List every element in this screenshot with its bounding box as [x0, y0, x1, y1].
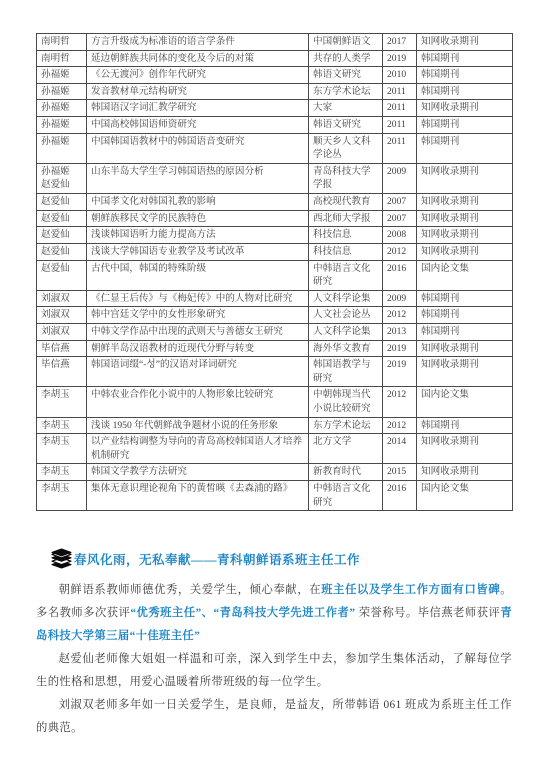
- table-row: 毕信燕韩国语词缀“-성”的汉语对译词研究韩国语教学与研究2019知网收录期刊: [37, 357, 513, 387]
- cell-year: 2011: [383, 117, 417, 134]
- cell-year: 2012: [383, 243, 417, 260]
- table-row: 刘淑双《仁显王后传》与《梅妃传》中的人物对比研究人文科学论集2009韩国期刊: [37, 290, 513, 307]
- cell-title: 延边朝鲜族共同体的变化及今后的对策: [87, 50, 309, 67]
- table-row: 刘淑双韩中宫廷文学中的女性形象研究人文社会论丛2012韩国期刊: [37, 307, 513, 324]
- table-row: 孙福姬中国韩国语教材中的韩国语音变研究顺天乡人文科学论丛2011韩国期刊: [37, 133, 513, 163]
- table-row: 赵爱仙浅谈大学韩国语专业教学及考试改革科技信息2012知网收录期刊: [37, 243, 513, 260]
- cell-type: 知网收录期刊: [417, 243, 513, 260]
- table-row: 孙福姬《公无渡河》创作年代研究韩语文研究2010韩国期刊: [37, 67, 513, 84]
- cell-author: 赵爱仙: [37, 210, 87, 227]
- cell-journal: 韩国语教学与研究: [309, 357, 383, 387]
- cell-type: 知网收录期刊: [417, 434, 513, 464]
- cell-title: 浅谈韩国语听力能力提高方法: [87, 227, 309, 244]
- cell-journal: 中韩语言文化研究: [309, 260, 383, 290]
- cell-year: 2007: [383, 210, 417, 227]
- cell-year: 2015: [383, 464, 417, 481]
- cell-year: 2017: [383, 34, 417, 51]
- table-row: 孙福姬韩国语汉字词汇教学研究大家2011知网收录期刊: [37, 100, 513, 117]
- cell-year: 2013: [383, 323, 417, 340]
- table-row: 赵爱仙古代中国，韩国的特殊阶级中韩语言文化研究2016国内论文集: [37, 260, 513, 290]
- cell-journal: 高校现代教育: [309, 194, 383, 211]
- cell-author: 孙福姬: [37, 100, 87, 117]
- cell-author: 李胡玉: [37, 387, 87, 417]
- cell-author: 赵爱仙: [37, 227, 87, 244]
- cell-year: 2019: [383, 50, 417, 67]
- cell-type: 韩国期刊: [417, 83, 513, 100]
- cell-journal: 人文社会论丛: [309, 307, 383, 324]
- table-row: 南明哲延边朝鲜族共同体的变化及今后的对策共存的人类学2019韩国期刊: [37, 50, 513, 67]
- cell-journal: 西北师大学报: [309, 210, 383, 227]
- table-row: 刘淑双中韩文学作品中出现的武则天与善德女王研究人文科学论集2013韩国期刊: [37, 323, 513, 340]
- cell-type: 韩国期刊: [417, 323, 513, 340]
- books-icon: [50, 548, 73, 569]
- cell-author: 李胡玉: [37, 417, 87, 434]
- cell-title: 浅谈 1950 年代朝鲜战争题材小说的任务形象: [87, 417, 309, 434]
- body-text: 朝鲜语系教师师德优秀，关爱学生，倾心奉献，在: [59, 584, 322, 596]
- highlighted-text: 班主任以及学生工作方面有口皆碑: [321, 584, 500, 596]
- cell-author: 孙福姬: [37, 117, 87, 134]
- table-row: 孙福姬中国高校韩国语师资研究韩语文研究2011韩国期刊: [37, 117, 513, 134]
- cell-year: 2016: [383, 481, 417, 511]
- cell-year: 2019: [383, 340, 417, 357]
- cell-year: 2011: [383, 83, 417, 100]
- cell-journal: 海外华文教育: [309, 340, 383, 357]
- cell-year: 2007: [383, 194, 417, 211]
- cell-author: 赵爱仙: [37, 243, 87, 260]
- cell-title: 中国韩国语教材中的韩国语音变研究: [87, 133, 309, 163]
- cell-journal: 中朝韩现当代小说比较研究: [309, 387, 383, 417]
- cell-author: 毕信燕: [37, 357, 87, 387]
- cell-title: 方言升级成为标准语的语言学条件: [87, 34, 309, 51]
- cell-title: 集体无意识理论视角下的黄皙暎《去森浦的路》: [87, 481, 309, 511]
- paragraph: 刘淑双老师多年如一日关爱学生，是良师，是益友，所带韩语 061 班成为系班主任工…: [36, 694, 512, 740]
- cell-journal: 北方文学: [309, 434, 383, 464]
- cell-type: 韩国期刊: [417, 417, 513, 434]
- cell-author: 李胡玉: [37, 464, 87, 481]
- cell-year: 2014: [383, 434, 417, 464]
- cell-title: 韩中宫廷文学中的女性形象研究: [87, 307, 309, 324]
- paragraph: 朝鲜语系教师师德优秀，关爱学生，倾心奉献，在班主任以及学生工作方面有口皆碑。多名…: [36, 579, 512, 648]
- cell-journal: 韩语文研究: [309, 117, 383, 134]
- cell-type: 韩国期刊: [417, 133, 513, 163]
- cell-title: 朝鲜半岛汉语教材的近现代分野与转变: [87, 340, 309, 357]
- cell-author: 赵爱仙: [37, 260, 87, 290]
- cell-journal: 人文科学论集: [309, 323, 383, 340]
- cell-journal: 科技信息: [309, 227, 383, 244]
- cell-journal: 中国朝鲜语文: [309, 34, 383, 51]
- cell-journal: 人文科学论集: [309, 290, 383, 307]
- table-row: 孙福姬 赵爱仙山东半岛大学生学习韩国语热的原因分析青岛科技大学学报2009知网收…: [37, 163, 513, 193]
- document-page: 南明哲方言升级成为标准语的语言学条件中国朝鲜语文2017知网收录期刊南明哲延边朝…: [0, 0, 543, 768]
- cell-type: 知网收录期刊: [417, 194, 513, 211]
- cell-type: 国内论文集: [417, 260, 513, 290]
- cell-type: 知网收录期刊: [417, 163, 513, 193]
- cell-title: 浅谈大学韩国语专业教学及考试改革: [87, 243, 309, 260]
- cell-title: 中国孝文化对韩国礼教的影响: [87, 194, 309, 211]
- body-paragraphs: 朝鲜语系教师师德优秀，关爱学生，倾心奉献，在班主任以及学生工作方面有口皆碑。多名…: [36, 579, 512, 740]
- cell-year: 2009: [383, 163, 417, 193]
- cell-year: 2012: [383, 307, 417, 324]
- cell-journal: 中韩语言文化研究: [309, 481, 383, 511]
- table-row: 李胡玉中韩农业合作化小说中的人物形象比较研究中朝韩现当代小说比较研究2012国内…: [37, 387, 513, 417]
- cell-journal: 青岛科技大学学报: [309, 163, 383, 193]
- cell-title: 韩国语汉字词汇教学研究: [87, 100, 309, 117]
- section-heading-text: 春风化雨，无私奉献——青科朝鲜语系班主任工作: [74, 550, 360, 568]
- cell-author: 刘淑双: [37, 307, 87, 324]
- cell-type: 国内论文集: [417, 481, 513, 511]
- cell-author: 刘淑双: [37, 290, 87, 307]
- cell-type: 韩国期刊: [417, 307, 513, 324]
- table-row: 李胡玉浅谈 1950 年代朝鲜战争题材小说的任务形象东方学术论坛2012韩国期刊: [37, 417, 513, 434]
- cell-year: 2016: [383, 260, 417, 290]
- table-row: 李胡玉以产业结构调整为导向的青岛高校韩国语人才培养机制研究北方文学2014知网收…: [37, 434, 513, 464]
- cell-journal: 大家: [309, 100, 383, 117]
- cell-title: 山东半岛大学生学习韩国语热的原因分析: [87, 163, 309, 193]
- cell-title: 《仁显王后传》与《梅妃传》中的人物对比研究: [87, 290, 309, 307]
- table-row: 孙福姬发音教材单元结构研究东方学术论坛2011韩国期刊: [37, 83, 513, 100]
- cell-type: 知网收录期刊: [417, 34, 513, 51]
- paragraph: 赵爱仙老师像大姐姐一样温和可亲，深入到学生中去，参加学生集体活动，了解每位学生的…: [36, 648, 512, 694]
- table-row: 李胡玉韩国文学教学方法研究新教育时代2015知网收录期刊: [37, 464, 513, 481]
- cell-title: 中韩文学作品中出现的武则天与善德女王研究: [87, 323, 309, 340]
- cell-year: 2008: [383, 227, 417, 244]
- cell-journal: 东方学术论坛: [309, 417, 383, 434]
- table-row: 李胡玉集体无意识理论视角下的黄皙暎《去森浦的路》中韩语言文化研究2016国内论文…: [37, 481, 513, 511]
- cell-author: 李胡玉: [37, 481, 87, 511]
- cell-author: 孙福姬: [37, 133, 87, 163]
- cell-author: 孙福姬 赵爱仙: [37, 163, 87, 193]
- publications-table-body: 南明哲方言升级成为标准语的语言学条件中国朝鲜语文2017知网收录期刊南明哲延边朝…: [37, 34, 513, 511]
- cell-title: 《公无渡河》创作年代研究: [87, 67, 309, 84]
- cell-author: 南明哲: [37, 50, 87, 67]
- section-heading: 春风化雨，无私奉献——青科朝鲜语系班主任工作: [50, 548, 512, 569]
- highlighted-text: “优秀班主任”、“青岛科技大学先进工作者”: [130, 607, 355, 619]
- cell-author: 刘淑双: [37, 323, 87, 340]
- cell-type: 国内论文集: [417, 387, 513, 417]
- cell-author: 赵爱仙: [37, 194, 87, 211]
- cell-year: 2011: [383, 100, 417, 117]
- cell-author: 孙福姬: [37, 83, 87, 100]
- table-row: 赵爱仙中国孝文化对韩国礼教的影响高校现代教育2007知网收录期刊: [37, 194, 513, 211]
- cell-type: 知网收录期刊: [417, 227, 513, 244]
- publications-table: 南明哲方言升级成为标准语的语言学条件中国朝鲜语文2017知网收录期刊南明哲延边朝…: [36, 33, 513, 511]
- cell-title: 中韩农业合作化小说中的人物形象比较研究: [87, 387, 309, 417]
- table-row: 赵爱仙朝鲜族移民文学的民族特色西北师大学报2007知网收录期刊: [37, 210, 513, 227]
- cell-title: 中国高校韩国语师资研究: [87, 117, 309, 134]
- cell-author: 毕信燕: [37, 340, 87, 357]
- table-row: 赵爱仙浅谈韩国语听力能力提高方法科技信息2008知网收录期刊: [37, 227, 513, 244]
- body-text: 荣誉称号。毕信燕老师获评: [355, 607, 500, 619]
- cell-type: 知网收录期刊: [417, 464, 513, 481]
- cell-year: 2009: [383, 290, 417, 307]
- cell-journal: 东方学术论坛: [309, 83, 383, 100]
- cell-title: 以产业结构调整为导向的青岛高校韩国语人才培养机制研究: [87, 434, 309, 464]
- cell-title: 韩国语词缀“-성”的汉语对译词研究: [87, 357, 309, 387]
- cell-year: 2012: [383, 417, 417, 434]
- cell-author: 李胡玉: [37, 434, 87, 464]
- cell-type: 韩国期刊: [417, 290, 513, 307]
- cell-title: 朝鲜族移民文学的民族特色: [87, 210, 309, 227]
- cell-type: 知网收录期刊: [417, 357, 513, 387]
- cell-type: 韩国期刊: [417, 50, 513, 67]
- table-row: 毕信燕朝鲜半岛汉语教材的近现代分野与转变海外华文教育2019知网收录期刊: [37, 340, 513, 357]
- cell-title: 古代中国，韩国的特殊阶级: [87, 260, 309, 290]
- body-text: 赵爱仙老师像大姐姐一样温和可亲，深入到学生中去，参加学生集体活动，了解每位学生的…: [36, 653, 512, 688]
- cell-year: 2011: [383, 133, 417, 163]
- cell-type: 知网收录期刊: [417, 100, 513, 117]
- cell-year: 2019: [383, 357, 417, 387]
- cell-title: 韩国文学教学方法研究: [87, 464, 309, 481]
- cell-author: 孙福姬: [37, 67, 87, 84]
- cell-type: 知网收录期刊: [417, 340, 513, 357]
- body-text: 刘淑双老师多年如一日关爱学生，是良师，是益友，所带韩语 061 班成为系班主任工…: [36, 699, 512, 734]
- cell-journal: 共存的人类学: [309, 50, 383, 67]
- cell-journal: 科技信息: [309, 243, 383, 260]
- cell-type: 韩国期刊: [417, 117, 513, 134]
- cell-year: 2012: [383, 387, 417, 417]
- cell-journal: 顺天乡人文科学论丛: [309, 133, 383, 163]
- cell-title: 发音教材单元结构研究: [87, 83, 309, 100]
- table-row: 南明哲方言升级成为标准语的语言学条件中国朝鲜语文2017知网收录期刊: [37, 34, 513, 51]
- cell-journal: 韩语文研究: [309, 67, 383, 84]
- cell-year: 2010: [383, 67, 417, 84]
- cell-type: 知网收录期刊: [417, 210, 513, 227]
- cell-journal: 新教育时代: [309, 464, 383, 481]
- cell-type: 韩国期刊: [417, 67, 513, 84]
- cell-author: 南明哲: [37, 34, 87, 51]
